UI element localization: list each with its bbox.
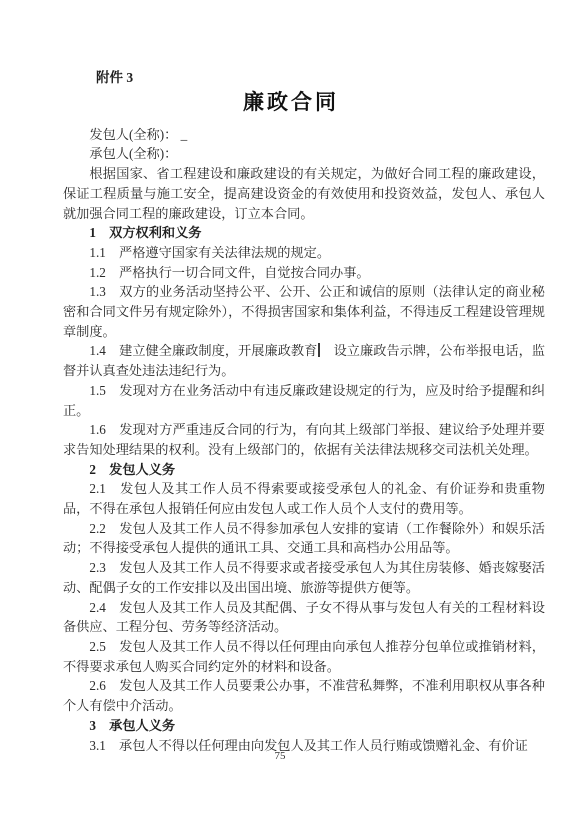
page-number: 75 <box>0 750 560 762</box>
attachment-label: 附件 3 <box>96 68 545 88</box>
section-3-heading: 3 承包人义务 <box>63 716 545 736</box>
clause-1-6: 1.6 发现对方严重违反合同的行为，有向其上级部门举报、建议给予处理并要求告知处… <box>63 420 545 459</box>
clause-1-1: 1.1 严格遵守国家有关法律法规的规定。 <box>63 243 545 263</box>
clause-2-3: 2.3 发包人及其工作人员不得要求或者接受承包人为其住房装修、婚丧嫁娶活动、配偶… <box>63 558 545 597</box>
clause-2-6: 2.6 发包人及其工作人员要秉公办事，不准营私舞弊，不准利用职权从事各种个人有偿… <box>63 676 545 715</box>
document-title: 廉政合同 <box>63 89 519 116</box>
clause-1-2: 1.2 严格执行一切合同文件，自觉按合同办事。 <box>63 263 545 283</box>
clause-1-4-text-before: 1.4 建立健全廉政制度，开展廉政教育 <box>89 343 317 358</box>
clause-2-1: 2.1 发包人及其工作人员不得索要或接受承包人的礼金、有价证券和贵重物品，不得在… <box>63 479 545 518</box>
party-b-line: 承包人(全称)： <box>63 144 545 164</box>
clause-2-2: 2.2 发包人及其工作人员不得参加承包人安排的宴请（工作餐除外）和娱乐活动；不得… <box>63 519 545 558</box>
section-1-heading: 1 双方权利和义务 <box>63 223 545 243</box>
clause-2-5: 2.5 发包人及其工作人员不得以任何理由向承包人推荐分包单位或推销材料，不得要求… <box>63 637 545 676</box>
clause-1-4: 1.4 建立健全廉政制度，开展廉政教育 设立廉政告示牌，公布举报电话，监督并认真… <box>63 341 545 380</box>
document-body: 附件 3 廉政合同 发包人(全称)： _ 承包人(全称)： 根据国家、省工程建设… <box>63 68 545 755</box>
intro-paragraph: 根据国家、省工程建设和廉政建设的有关规定，为做好合同工程的廉政建设，保证工程质量… <box>63 164 545 223</box>
section-2-heading: 2 发包人义务 <box>63 460 545 480</box>
clause-2-4: 2.4 发包人及其工作人员及其配偶、子女不得从事与发包人有关的工程材料设备供应、… <box>63 598 545 637</box>
clause-1-3: 1.3 双方的业务活动坚持公平、公开、公正和诚信的原则（法律认定的商业秘密和合同… <box>63 282 545 341</box>
party-a-line: 发包人(全称)： _ <box>63 125 545 145</box>
document-page: 附件 3 廉政合同 发包人(全称)： _ 承包人(全称)： 根据国家、省工程建设… <box>0 0 572 815</box>
clause-1-5: 1.5 发现对方在业务活动中有违反廉政建设规定的行为，应及时给予提醒和纠正。 <box>63 381 545 420</box>
